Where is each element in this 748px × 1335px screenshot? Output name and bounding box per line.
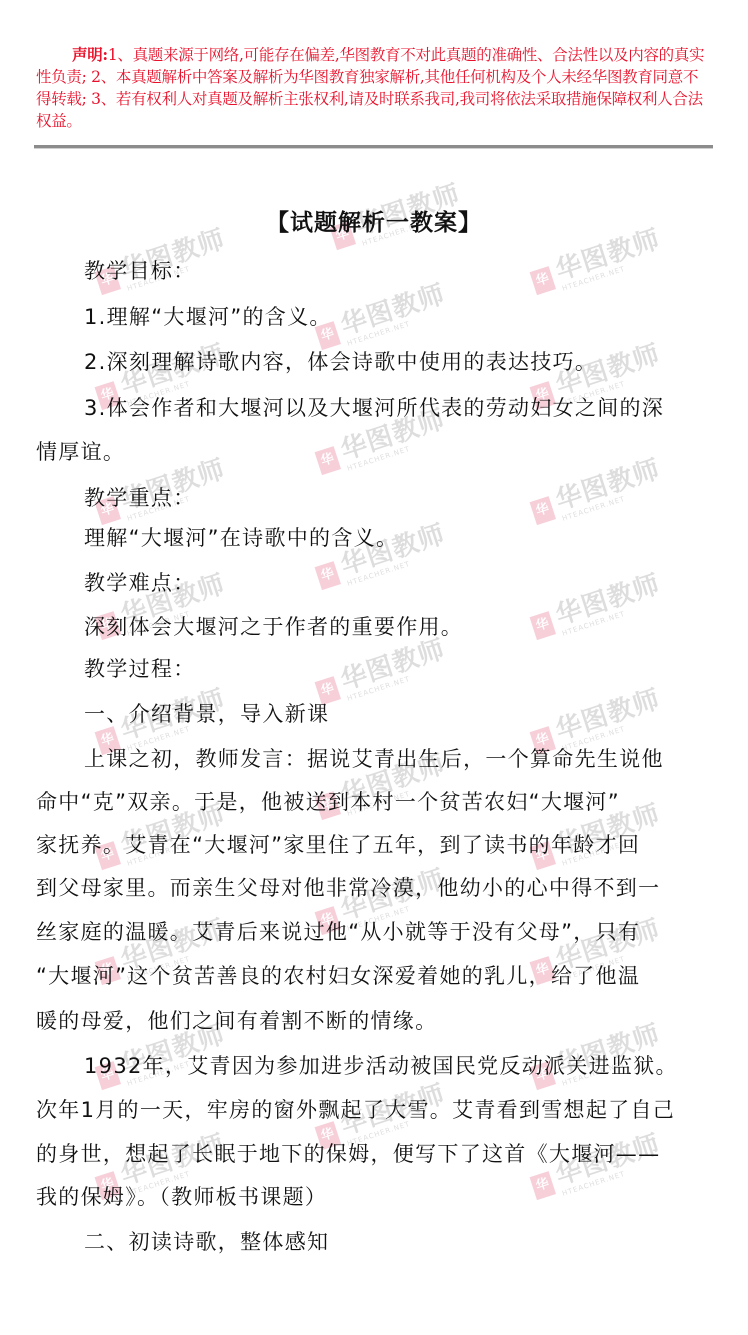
paragraph-line: 1932年，艾青因为参加进步活动被国民党反动派关进监狱。 (84, 1050, 678, 1080)
paragraph-line: 的身世，想起了长眠于地下的保姆，便写下了这首《大堰河—— (36, 1138, 660, 1168)
heading-difficulties: 教学难点： (84, 567, 196, 597)
paragraph-line: 我的保姆》。（教师板书课题） (36, 1181, 327, 1211)
watermark: 华华图教师HTEACHER.NET (528, 570, 667, 646)
watermark: 华华图教师HTEACHER.NET (313, 635, 452, 711)
watermark: 华华图教师HTEACHER.NET (528, 455, 667, 531)
paragraph-line: 3.体会作者和大堰河以及大堰河所代表的劳动妇女之间的深 (84, 392, 664, 422)
paragraph-line: 命中“克”双亲。于是，他被送到本村一个贫苦农妇“大堰河” (36, 786, 620, 816)
watermark: 华华图教师HTEACHER.NET (313, 280, 452, 356)
watermark-logo-icon: 华 (530, 611, 556, 640)
heading-objectives: 教学目标： (84, 255, 196, 285)
paragraph-line: “大堰河”这个贫苦善良的农村妇女深爱着她的乳儿，给了他温 (36, 960, 640, 990)
disclaimer-text: 1、真题来源于网络,可能存在偏差,华图教育不对此真题的准确性、合法性以及内容的真… (36, 46, 704, 130)
watermark-logo-icon: 华 (530, 496, 556, 525)
paragraph-line: 理解“大堰河”在诗歌中的含义。 (84, 522, 398, 552)
watermark-logo-icon: 华 (530, 1171, 556, 1200)
paragraph-line: 深刻体会大堰河之于作者的重要作用。 (84, 611, 463, 641)
disclaimer-label: 声明: (72, 45, 108, 64)
document-title: 【试题解析一教案】 (0, 204, 748, 237)
watermark-logo-icon: 华 (315, 446, 341, 475)
paragraph-line: 上课之初，教师发言：据说艾青出生后，一个算命先生说他 (84, 743, 664, 773)
header-divider (34, 145, 713, 149)
disclaimer: 声明:1、真题来源于网络,可能存在偏差,华图教育不对此真题的准确性、合法性以及内… (36, 44, 712, 132)
paragraph-line: 家抚养。艾青在“大堰河”家里住了五年，到了读书的年龄才回 (36, 829, 640, 859)
watermark-logo-icon: 华 (530, 266, 556, 295)
paragraph-line: 1.理解“大堰河”的含义。 (84, 301, 332, 331)
watermark-logo-icon: 华 (315, 561, 341, 590)
paragraph-line: 2.深刻理解诗歌内容，体会诗歌中使用的表达技巧。 (84, 346, 597, 376)
paragraph-line: 情厚谊。 (36, 436, 125, 466)
section-heading-2: 二、初读诗歌，整体感知 (84, 1226, 329, 1256)
paragraph-line: 丝家庭的温暖。艾青后来说过他“从小就等于没有父母”，只有 (36, 916, 640, 946)
paragraph-line: 次年1月的一天，牢房的窗外飘起了大雪。艾青看到雪想起了自己 (36, 1094, 675, 1124)
heading-key-points: 教学重点： (84, 482, 196, 512)
paragraph-line: 到父母家里。而亲生父母对他非常冷漠，他幼小的心中得不到一 (36, 872, 660, 902)
paragraph-line: 暖的母爱，他们之间有着割不断的情缘。 (36, 1005, 437, 1035)
heading-process: 教学过程： (84, 653, 196, 683)
section-heading-1: 一、介绍背景，导入新课 (84, 698, 329, 728)
